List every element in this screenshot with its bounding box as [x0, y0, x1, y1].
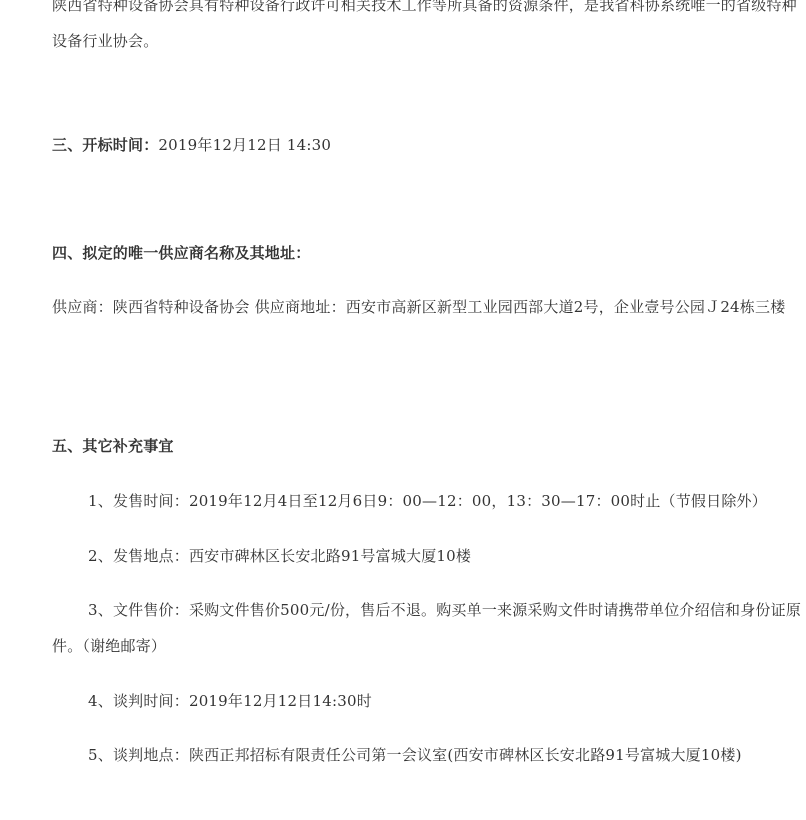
section-5-item-document-price: 3、文件售价：采购文件售价500元/份，售后不退。购买单一来源采购文件时请携带单… [52, 592, 804, 664]
section-3-open-bid-time: 三、开标时间：2019年12月12日 14:30 [52, 127, 804, 163]
intro-paragraph: 陕西省特种设备协会具有特种设备行政许可相关技术工作等所具备的资源条件，是我省科协… [52, 0, 804, 59]
section-5-item-negotiation-time: 4、谈判时间：2019年12月12日14:30时 [52, 683, 804, 719]
section-3-value: 2019年12月12日 14:30 [158, 136, 331, 154]
section-4-heading: 四、拟定的唯一供应商名称及其地址： [52, 235, 804, 271]
section-5-item-negotiation-location: 5、谈判地点：陕西正邦招标有限责任公司第一会议室(西安市碑林区长安北路91号富城… [52, 737, 804, 773]
section-3-heading: 三、开标时间： [52, 136, 158, 154]
section-5-heading: 五、其它补充事宜 [52, 428, 804, 464]
section-5-item-sale-time: 1、发售时间：2019年12月4日至12月6日9：00—12：00，13：30—… [52, 483, 804, 519]
section-4-supplier-info: 供应商：陕西省特种设备协会 供应商地址：西安市高新区新型工业园西部大道2号，企业… [52, 289, 804, 325]
section-5-item-sale-location: 2、发售地点：西安市碑林区长安北路91号富城大厦10楼 [52, 538, 804, 574]
